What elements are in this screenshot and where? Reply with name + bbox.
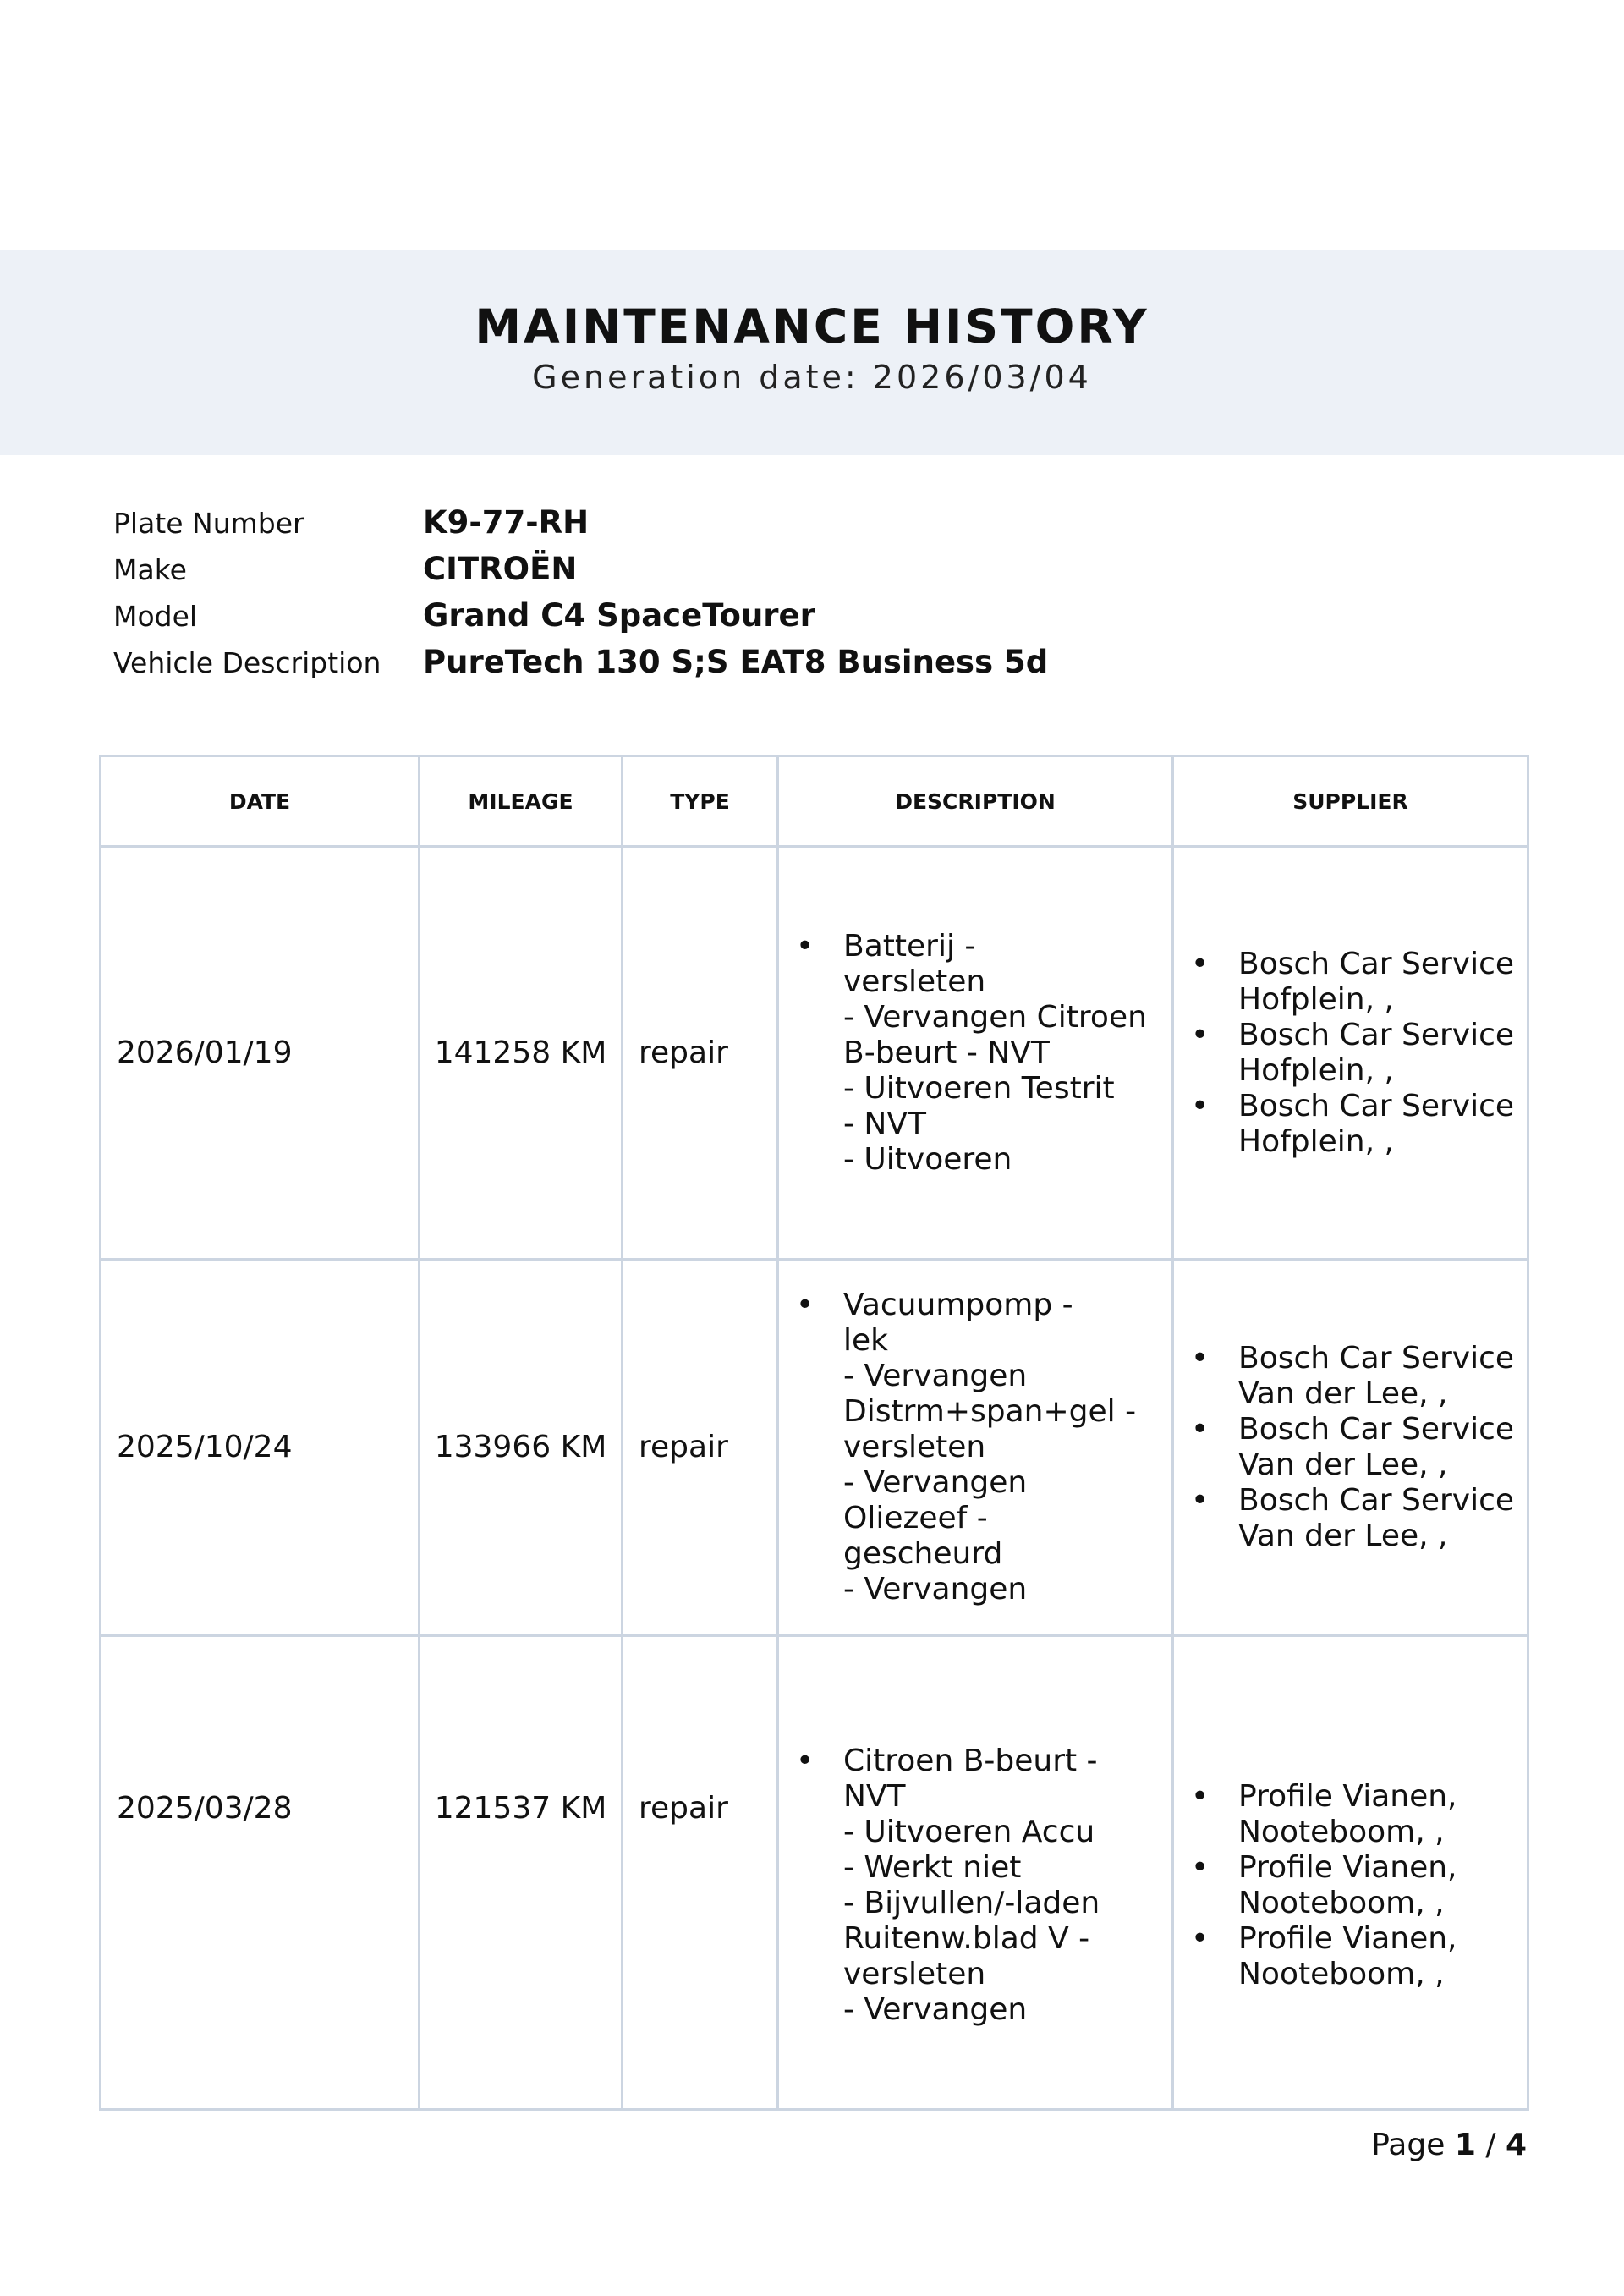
model-label: Model [113,600,423,633]
vehicle-description-label: Vehicle Description [113,646,423,679]
description-item: Vacuumpomp - lek - Vervangen Distrm+span… [843,1288,1165,1607]
vehicle-description-value: PureTech 130 S;S EAT8 Business 5d [423,644,1048,680]
type-cell: repair [623,847,778,1260]
supplier-item: Profile Vianen, Nooteboom, , [1238,1921,1520,1992]
vehicle-info: Plate Number K9-77-RH Make CITROËN Model… [113,504,1048,690]
description-cell: Vacuumpomp - lek - Vervangen Distrm+span… [778,1260,1173,1636]
make-label: Make [113,553,423,586]
plate-label: Plate Number [113,507,423,540]
supplier-item: Bosch Car Service Hofplein, , [1238,1018,1520,1089]
date-cell: 2025/10/24 [101,1260,420,1636]
total-pages: 4 [1506,2128,1527,2162]
description-item: Citroen B-beurt - NVT - Uitvoeren Accu -… [843,1744,1165,2028]
column-header-date: DATE [101,756,420,847]
current-page: 1 [1455,2128,1476,2162]
description-cell: Citroen B-beurt - NVT - Uitvoeren Accu -… [778,1636,1173,2110]
supplier-item: Profile Vianen, Nooteboom, , [1238,1850,1520,1921]
plate-value: K9-77-RH [423,504,589,541]
supplier-cell: Profile Vianen, Nooteboom, , Profile Via… [1173,1636,1528,2110]
supplier-item: Bosch Car Service Hofplein, , [1238,947,1520,1018]
description-cell: Batterij - versleten - Vervangen Citroen… [778,847,1173,1260]
info-row-description: Vehicle Description PureTech 130 S;S EAT… [113,644,1048,690]
table-header-row: DATE MILEAGE TYPE DESCRIPTION SUPPLIER [101,756,1528,847]
page-prefix: Page [1371,2128,1445,2162]
maintenance-table: DATE MILEAGE TYPE DESCRIPTION SUPPLIER 2… [99,755,1529,2111]
table-row: 2025/03/28 121537 KM repair Citroen B-be… [101,1636,1528,2110]
supplier-item: Bosch Car Service Van der Lee, , [1238,1412,1520,1483]
supplier-item: Bosch Car Service Hofplein, , [1238,1089,1520,1160]
supplier-cell: Bosch Car Service Hofplein, , Bosch Car … [1173,847,1528,1260]
date-cell: 2025/03/28 [101,1636,420,2110]
page-title: MAINTENANCE HISTORY [0,299,1624,354]
model-value: Grand C4 SpaceTourer [423,597,815,634]
column-header-supplier: SUPPLIER [1173,756,1528,847]
info-row-make: Make CITROËN [113,551,1048,597]
table-row: 2026/01/19 141258 KM repair Batterij - v… [101,847,1528,1260]
column-header-type: TYPE [623,756,778,847]
page-indicator: Page 1 / 4 [1371,2128,1527,2162]
mileage-cell: 121537 KM [420,1636,623,2110]
supplier-cell: Bosch Car Service Van der Lee, , Bosch C… [1173,1260,1528,1636]
description-item: Batterij - versleten - Vervangen Citroen… [843,929,1165,1178]
supplier-item: Profile Vianen, Nooteboom, , [1238,1779,1520,1850]
mileage-cell: 141258 KM [420,847,623,1260]
info-row-model: Model Grand C4 SpaceTourer [113,597,1048,644]
page-separator: / [1485,2128,1495,2162]
mileage-cell: 133966 KM [420,1260,623,1636]
generation-date: Generation date: 2026/03/04 [0,359,1624,396]
type-cell: repair [623,1260,778,1636]
column-header-mileage: MILEAGE [420,756,623,847]
make-value: CITROËN [423,551,577,587]
table-row: 2025/10/24 133966 KM repair Vacuumpomp -… [101,1260,1528,1636]
type-cell: repair [623,1636,778,2110]
column-header-description: DESCRIPTION [778,756,1173,847]
supplier-item: Bosch Car Service Van der Lee, , [1238,1341,1520,1412]
date-cell: 2026/01/19 [101,847,420,1260]
info-row-plate: Plate Number K9-77-RH [113,504,1048,551]
supplier-item: Bosch Car Service Van der Lee, , [1238,1483,1520,1554]
